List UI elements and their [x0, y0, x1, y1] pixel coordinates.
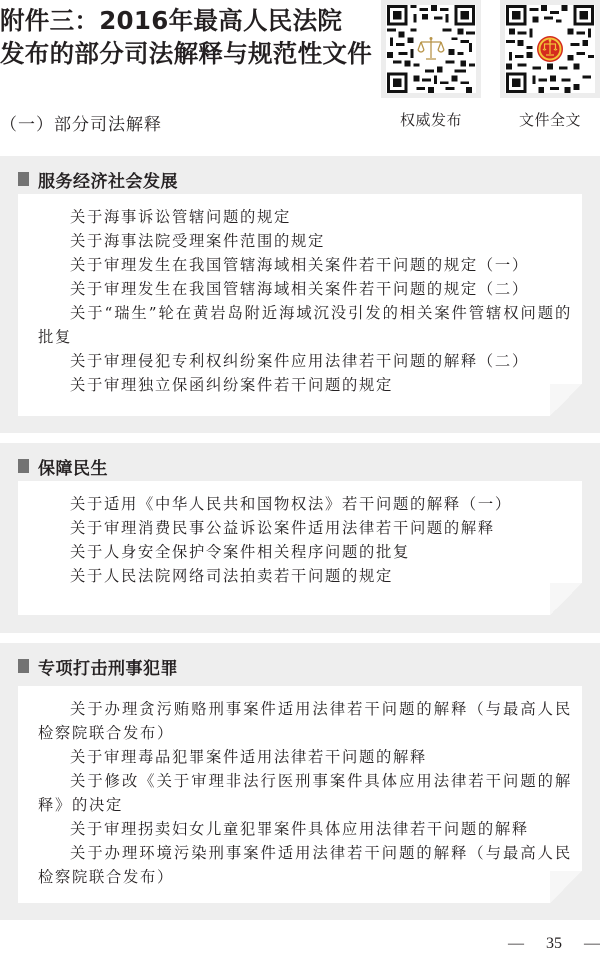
section-heading-text: 专项打击刑事犯罪 [38, 654, 178, 679]
section-heading: 保障民生 [18, 455, 108, 477]
section-card: 关于海事诉讼管辖问题的规定 关于海事法院受理案件范围的规定 关于审理发生在我国管… [18, 194, 582, 416]
section-card: 关于办理贪污贿赂刑事案件适用法律若干问题的解释（与最高人民检察院联合发布） 关于… [18, 686, 582, 903]
section-card: 关于适用《中华人民共和国物权法》若干问题的解释（一） 关于审理消费民事公益诉讼案… [18, 481, 582, 615]
list-item[interactable]: 关于审理发生在我国管辖海域相关案件若干问题的规定（一） [38, 253, 572, 277]
page-curl-decoration [550, 871, 582, 903]
page-curl-decoration [550, 384, 582, 416]
qr-frame [500, 0, 600, 98]
section-panel-criminal: 专项打击刑事犯罪 关于办理贪污贿赂刑事案件适用法律若干问题的解释（与最高人民检察… [0, 643, 600, 920]
scales-of-justice-icon [416, 35, 446, 63]
qr-block-authoritative-release: 权威发布 [381, 0, 481, 130]
list-item[interactable]: 关于海事诉讼管辖问题的规定 [38, 205, 572, 229]
list-item[interactable]: 关于审理毒品犯罪案件适用法律若干问题的解释 [38, 745, 572, 769]
qr-block-full-text: 文件全文 [500, 0, 600, 130]
list-item[interactable]: 关于“瑞生”轮在黄岩岛附近海域沉没引发的相关案件管辖权问题的批复 [38, 301, 572, 349]
qr-code-icon[interactable] [505, 5, 595, 93]
dash-right: — [584, 935, 600, 953]
page-footer: — 35 — [508, 935, 600, 953]
list-item[interactable]: 关于适用《中华人民共和国物权法》若干问题的解释（一） [38, 492, 572, 516]
square-bullet-icon [18, 172, 29, 186]
title-line-2: 发布的部分司法解释与规范性文件 [0, 37, 372, 70]
page-curl-decoration [550, 583, 582, 615]
qr-caption: 权威发布 [381, 110, 481, 130]
list-item[interactable]: 关于审理拐卖妇女儿童犯罪案件具体应用法律若干问题的解释 [38, 817, 572, 841]
list-item[interactable]: 关于人身安全保护令案件相关程序问题的批复 [38, 540, 572, 564]
section-panel-livelihood: 保障民生 关于适用《中华人民共和国物权法》若干问题的解释（一） 关于审理消费民事… [0, 443, 600, 633]
section-panel-economy: 服务经济社会发展 关于海事诉讼管辖问题的规定 关于海事法院受理案件范围的规定 关… [0, 156, 600, 433]
list-item[interactable]: 关于审理消费民事公益诉讼案件适用法律若干问题的解释 [38, 516, 572, 540]
document-title: 附件三：2016年最高人民法院 发布的部分司法解释与规范性文件 [0, 4, 372, 70]
section-subtitle: （一）部分司法解释 [0, 113, 162, 137]
list-item[interactable]: 关于审理发生在我国管辖海域相关案件若干问题的规定（二） [38, 277, 572, 301]
qr-caption: 文件全文 [500, 110, 600, 130]
page-number: 35 [546, 935, 562, 953]
list-item[interactable]: 关于修改《关于审理非法行医刑事案件具体应用法律若干问题的解释》的决定 [38, 769, 572, 817]
dash-left: — [508, 935, 524, 953]
square-bullet-icon [18, 659, 29, 673]
list-item[interactable]: 关于海事法院受理案件范围的规定 [38, 229, 572, 253]
list-item[interactable]: 关于人民法院网络司法拍卖若干问题的规定 [38, 564, 572, 588]
section-heading: 专项打击刑事犯罪 [18, 655, 178, 677]
section-heading-text: 保障民生 [38, 454, 108, 479]
square-bullet-icon [18, 459, 29, 473]
title-line-1: 附件三：2016年最高人民法院 [0, 4, 372, 37]
court-emblem-icon [536, 34, 564, 64]
section-heading: 服务经济社会发展 [18, 168, 178, 190]
list-item[interactable]: 关于办理环境污染刑事案件适用法律若干问题的解释（与最高人民检察院联合发布） [38, 841, 572, 889]
qr-code-icon[interactable] [386, 5, 476, 93]
list-item[interactable]: 关于审理侵犯专利权纠纷案件应用法律若干问题的解释（二） [38, 349, 572, 373]
list-item[interactable]: 关于审理独立保函纠纷案件若干问题的规定 [38, 373, 572, 397]
list-item[interactable]: 关于办理贪污贿赂刑事案件适用法律若干问题的解释（与最高人民检察院联合发布） [38, 697, 572, 745]
qr-frame [381, 0, 481, 98]
section-heading-text: 服务经济社会发展 [38, 167, 178, 192]
